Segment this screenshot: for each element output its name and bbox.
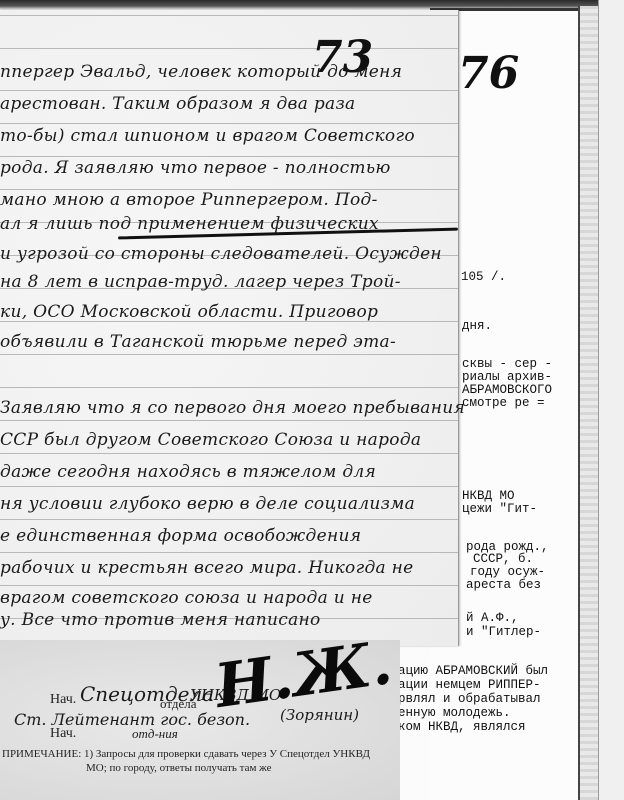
handwritten-line: е единственная форма освобождения — [0, 526, 361, 546]
handwritten-line: врагом советского союза и народа и не — [0, 588, 373, 608]
typed-line: рвлял и обрабатывал — [398, 693, 541, 706]
page-edge-outer — [598, 0, 624, 800]
handwritten-line: на 8 лет в исправ-труд. лагер через Трой… — [0, 272, 401, 292]
typed-line: й А.Ф., — [466, 612, 519, 625]
sub-printed: отд-ния — [132, 726, 178, 742]
handwritten-line: у. Все что против меня написано — [0, 610, 321, 630]
sub-label: Нач. — [50, 726, 76, 742]
handwritten-line: ппергер Эвальд, человек который до меня — [0, 62, 402, 82]
handwritten-line: рабочих и крестьян всего мира. Никогда н… — [0, 558, 414, 578]
file-page-number: 76 — [458, 48, 519, 99]
head-label: Нач. — [50, 692, 76, 708]
handwritten-line: то-бы) стал шпионом и врагом Советского — [0, 126, 415, 146]
typed-line: енную молодежь. — [398, 707, 511, 720]
typed-line: цежи "Гит- — [462, 503, 537, 516]
typed-line: ком НКВД, являлся — [398, 721, 526, 734]
typed-line: ации немцем РИППЕР- — [398, 679, 541, 692]
typed-line: ареста без — [466, 579, 541, 592]
note-line-1: ПРИМЕЧАНИЕ: 1) Запросы для проверки сдав… — [2, 748, 370, 760]
typed-line: смотре ре = — [462, 397, 545, 410]
typed-line: дня. — [462, 320, 492, 333]
typed-line: ацию АБРАМОВСКИЙ был — [398, 665, 548, 678]
handwritten-line: даже сегодня находясь в тяжелом для — [0, 462, 376, 482]
handwritten-line: арестован. Таким образом я два раза — [0, 94, 356, 114]
handwritten-line: ня условии глубоко верю в деле социализм… — [0, 494, 415, 514]
note-line-2: МО; по городу, ответы получать там же — [86, 762, 272, 774]
typed-line: и "Гитлер- — [466, 626, 541, 639]
document-scan: 76 105 /. дня. сквы - сер - риалы архив-… — [0, 0, 624, 800]
handwritten-line: объявили в Таганской тюрьме перед эта- — [0, 332, 396, 352]
handwritten-line: мано мною а второе Риппергером. Под- — [0, 190, 378, 210]
handwritten-line: рода. Я заявляю что первое - полностью — [0, 158, 391, 178]
handwritten-letter-page: 73 ппергер Эвальд, человек который до ме… — [0, 10, 459, 646]
typed-line: 105 /. — [461, 271, 506, 284]
handwritten-line: и угрозой со стороны следователей. Осужд… — [0, 244, 442, 264]
handwritten-line: ки, ОСО Московской области. Приговор — [0, 302, 378, 322]
handwritten-line: ССР был другом Советского Союза и народа — [0, 430, 421, 450]
handwritten-line: Заявляю что я со первого дня моего пребы… — [0, 398, 465, 418]
